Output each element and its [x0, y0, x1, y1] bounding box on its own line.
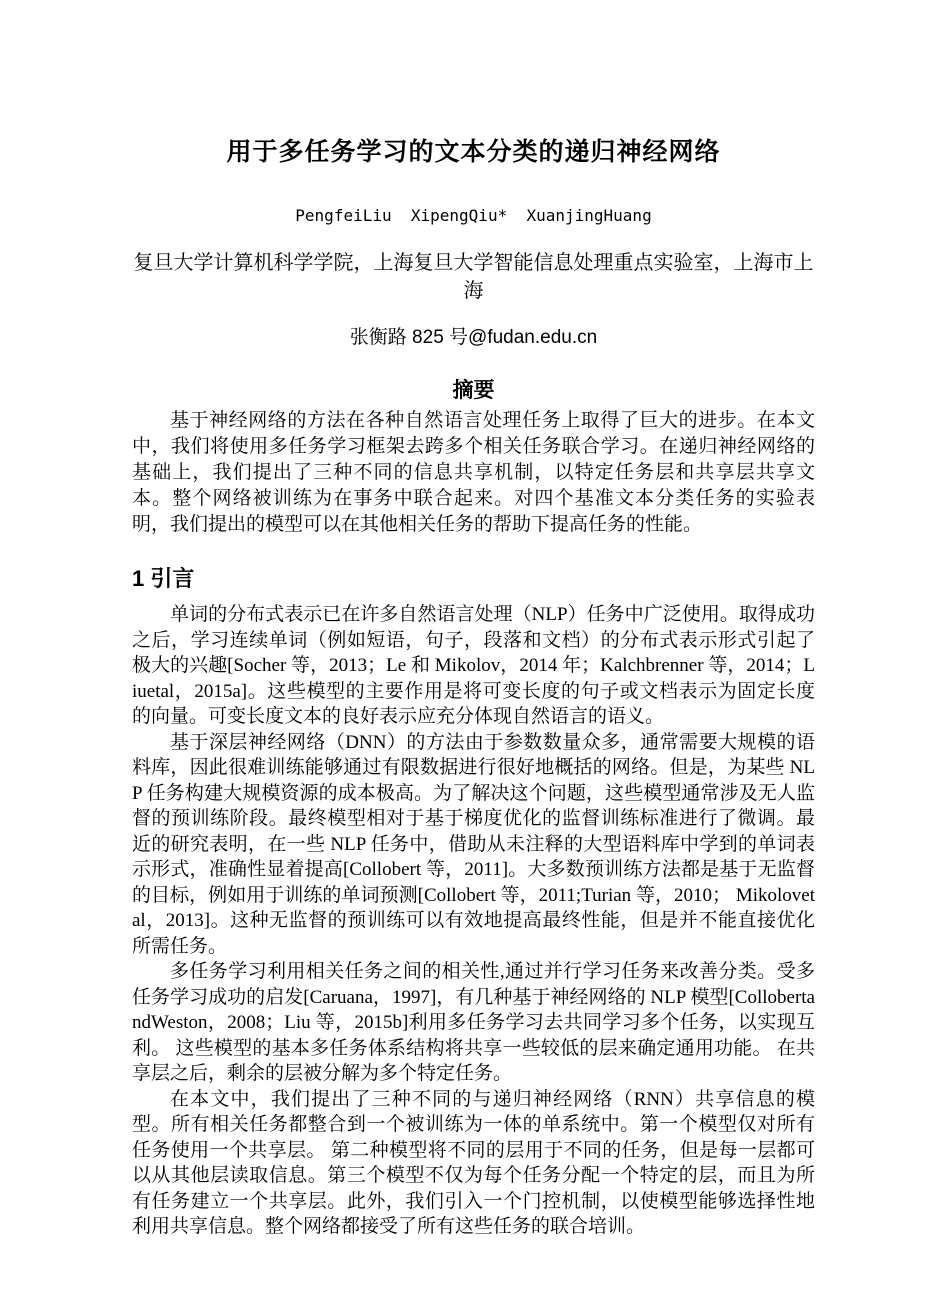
section-1-heading: 1 引言: [132, 564, 815, 594]
intro-paragraph-2: 基于深层神经网络（DNN）的方法由于参数数量众多，通常需要大规模的语料库，因此很…: [132, 730, 815, 960]
paper-title: 用于多任务学习的文本分类的递归神经网络: [132, 136, 815, 169]
address-email-line: 张衡路 825 号@fudan.edu.cn: [132, 325, 815, 351]
abstract-paragraph: 基于神经网络的方法在各种自然语言处理任务上取得了巨大的进步。在本文中，我们将使用…: [132, 408, 815, 538]
affiliation-line: 复旦大学计算机科学学院，上海复旦大学智能信息处理重点实验室，上海市上海: [132, 249, 815, 305]
abstract-heading: 摘要: [132, 378, 815, 404]
paper-page: 用于多任务学习的文本分类的递归神经网络 PengfeiLiu XipengQiu…: [0, 0, 926, 1309]
intro-paragraph-3: 多任务学习利用相关任务之间的相关性,通过并行学习任务来改善分类。受多任务学习成功…: [132, 959, 815, 1087]
authors-line: PengfeiLiu XipengQiu* XuanjingHuang: [132, 205, 815, 227]
intro-paragraph-4: 在本文中，我们提出了三种不同的与递归神经网络（RNN）共享信息的模型。所有相关任…: [132, 1087, 815, 1240]
intro-paragraph-1: 单词的分布式表示已在许多自然语言处理（NLP）任务中广泛使用。取得成功之后，学习…: [132, 602, 815, 730]
